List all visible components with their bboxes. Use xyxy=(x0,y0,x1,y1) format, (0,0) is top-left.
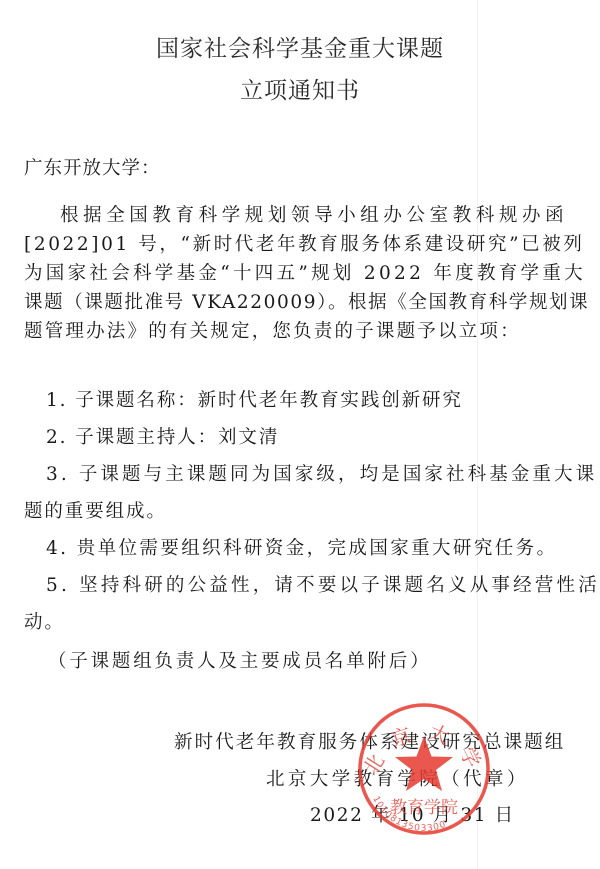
signature-group: 新时代老年教育服务体系建设研究总课题组 xyxy=(174,732,565,754)
signature-date: 2022 年 10 月 31 日 xyxy=(310,805,515,827)
list-item: 动。 xyxy=(24,612,65,634)
list-item: 3. 子课题与主课题同为国家级，均是国家社科基金重大课 xyxy=(46,464,597,486)
salutation: 广东开放大学： xyxy=(24,158,161,180)
attachment-note: （子课题组负责人及主要成员名单附后） xyxy=(48,651,431,673)
body-line: 课题（课题批准号 VKA220009）。根据《全国教育科学规划课 xyxy=(24,292,589,314)
body-line: 根据全国教育科学规划领导小组办公室教科规办函 xyxy=(60,205,568,227)
body-line: 为国家社会科学基金“十四五”规划 2022 年度教育学重大 xyxy=(24,263,586,285)
list-item: 1. 子课题名称：新时代老年教育实践创新研究 xyxy=(46,390,463,412)
list-item: 5. 坚持科研的公益性，请不要以子课题名义从事经营性活 xyxy=(46,575,600,597)
list-item: 题的重要组成。 xyxy=(24,501,167,523)
body-line: [2022]01 号，“新时代老年教育服务体系建设研究”已被列 xyxy=(24,234,584,256)
body-line: 题管理办法》的有关规定，您负责的子课题予以立项： xyxy=(24,321,521,343)
list-item: 4. 贵单位需要组织科研资金，完成国家重大研究任务。 xyxy=(46,538,557,560)
list-item: 2. 子课题主持人：刘文清 xyxy=(46,427,279,449)
document-subtitle: 立项通知书 xyxy=(0,72,600,105)
signature-institution: 北京大学教育学院（代章） xyxy=(266,769,529,791)
document-title: 国家社会科学基金重大课题 xyxy=(0,30,600,63)
